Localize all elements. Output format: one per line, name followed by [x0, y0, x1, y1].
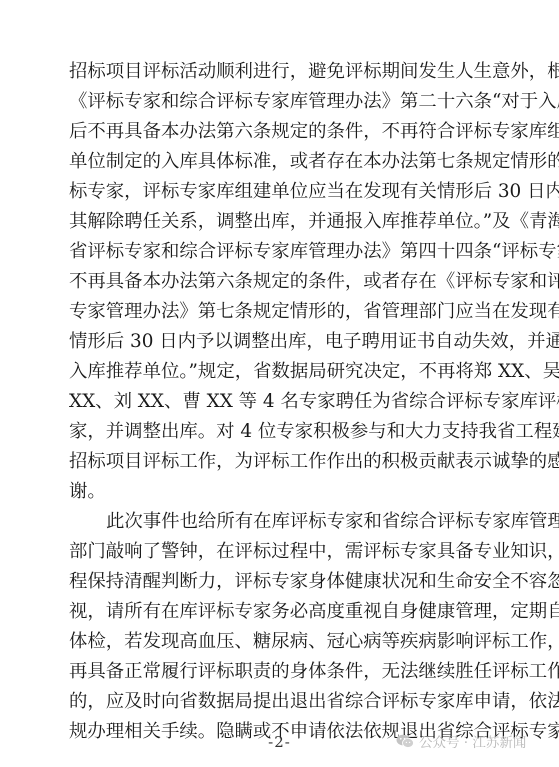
text-line: 招标项目评标工作，为评标工作作出的积极贡献表示诚挚的感	[69, 447, 510, 477]
text-line: 专家管理办法》第七条规定情形的，省管理部门应当在发现有关	[69, 297, 510, 327]
text-line: 后不再具备本办法第六条规定的条件，不再符合评标专家库组建	[69, 117, 510, 147]
text-line: 再具备正常履行评标职责的身体条件，无法继续胜任评标工作	[69, 657, 510, 687]
text-line: 视，请所有在库评标专家务必高度重视自身健康管理，定期自行	[69, 597, 510, 627]
document-page: 招标项目评标活动顺利进行，避免评标期间发生人生意外，根据《评标专家和综合评标专家…	[0, 0, 559, 767]
text-line: 标专家，评标专家库组建单位应当在发现有关情形后 30 日内与	[69, 177, 510, 207]
text-line: 省评标专家和综合评标专家库管理办法》第四十四条“评标专家	[69, 237, 510, 267]
text-line: 家，并调整出库。对 4 位专家积极参与和大力支持我省工程建设	[69, 417, 510, 447]
text-line: 《评标专家和综合评标专家库管理办法》第二十六条“对于入库	[69, 87, 510, 117]
text-line: 部门敲响了警钟，在评标过程中，需评标专家具备专业知识，全	[69, 537, 510, 567]
text-line: 情形后 30 日内予以调整出库，电子聘用证书自动失效，并通报	[69, 327, 510, 357]
text-line: 入库推荐单位。”规定，省数据局研究决定，不再将郑 XX、吴	[69, 357, 510, 387]
text-line: 体检，若发现高血压、糖尿病、冠心病等疾病影响评标工作，不	[69, 627, 510, 657]
watermark-text: 公众号 · 江苏新闻	[419, 731, 526, 751]
text-line: 单位制定的入库具体标准，或者存在本办法第七条规定情形的评	[69, 147, 510, 177]
watermark: 公众号 · 江苏新闻	[396, 731, 526, 751]
text-line: 程保持清醒判断力，评标专家身体健康状况和生命安全不容忽	[69, 567, 510, 597]
text-line: 的，应及时向省数据局提出退出省综合评标专家库申请，依法依	[69, 687, 510, 717]
wechat-icon	[396, 734, 414, 748]
text-line: XX、刘 XX、曹 XX 等 4 名专家聘任为省综合评标专家库评标专	[69, 387, 510, 417]
text-line: 其解除聘任关系，调整出库，并通报入库推荐单位。”及《青海	[69, 207, 510, 237]
text-line: 不再具备本办法第六条规定的条件，或者存在《评标专家和评标	[69, 267, 510, 297]
document-body: 招标项目评标活动顺利进行，避免评标期间发生人生意外，根据《评标专家和综合评标专家…	[69, 57, 510, 747]
text-line: 此次事件也给所有在库评标专家和省综合评标专家库管理	[69, 507, 510, 537]
text-line: 谢。	[69, 477, 510, 507]
text-line: 招标项目评标活动顺利进行，避免评标期间发生人生意外，根据	[69, 57, 510, 87]
